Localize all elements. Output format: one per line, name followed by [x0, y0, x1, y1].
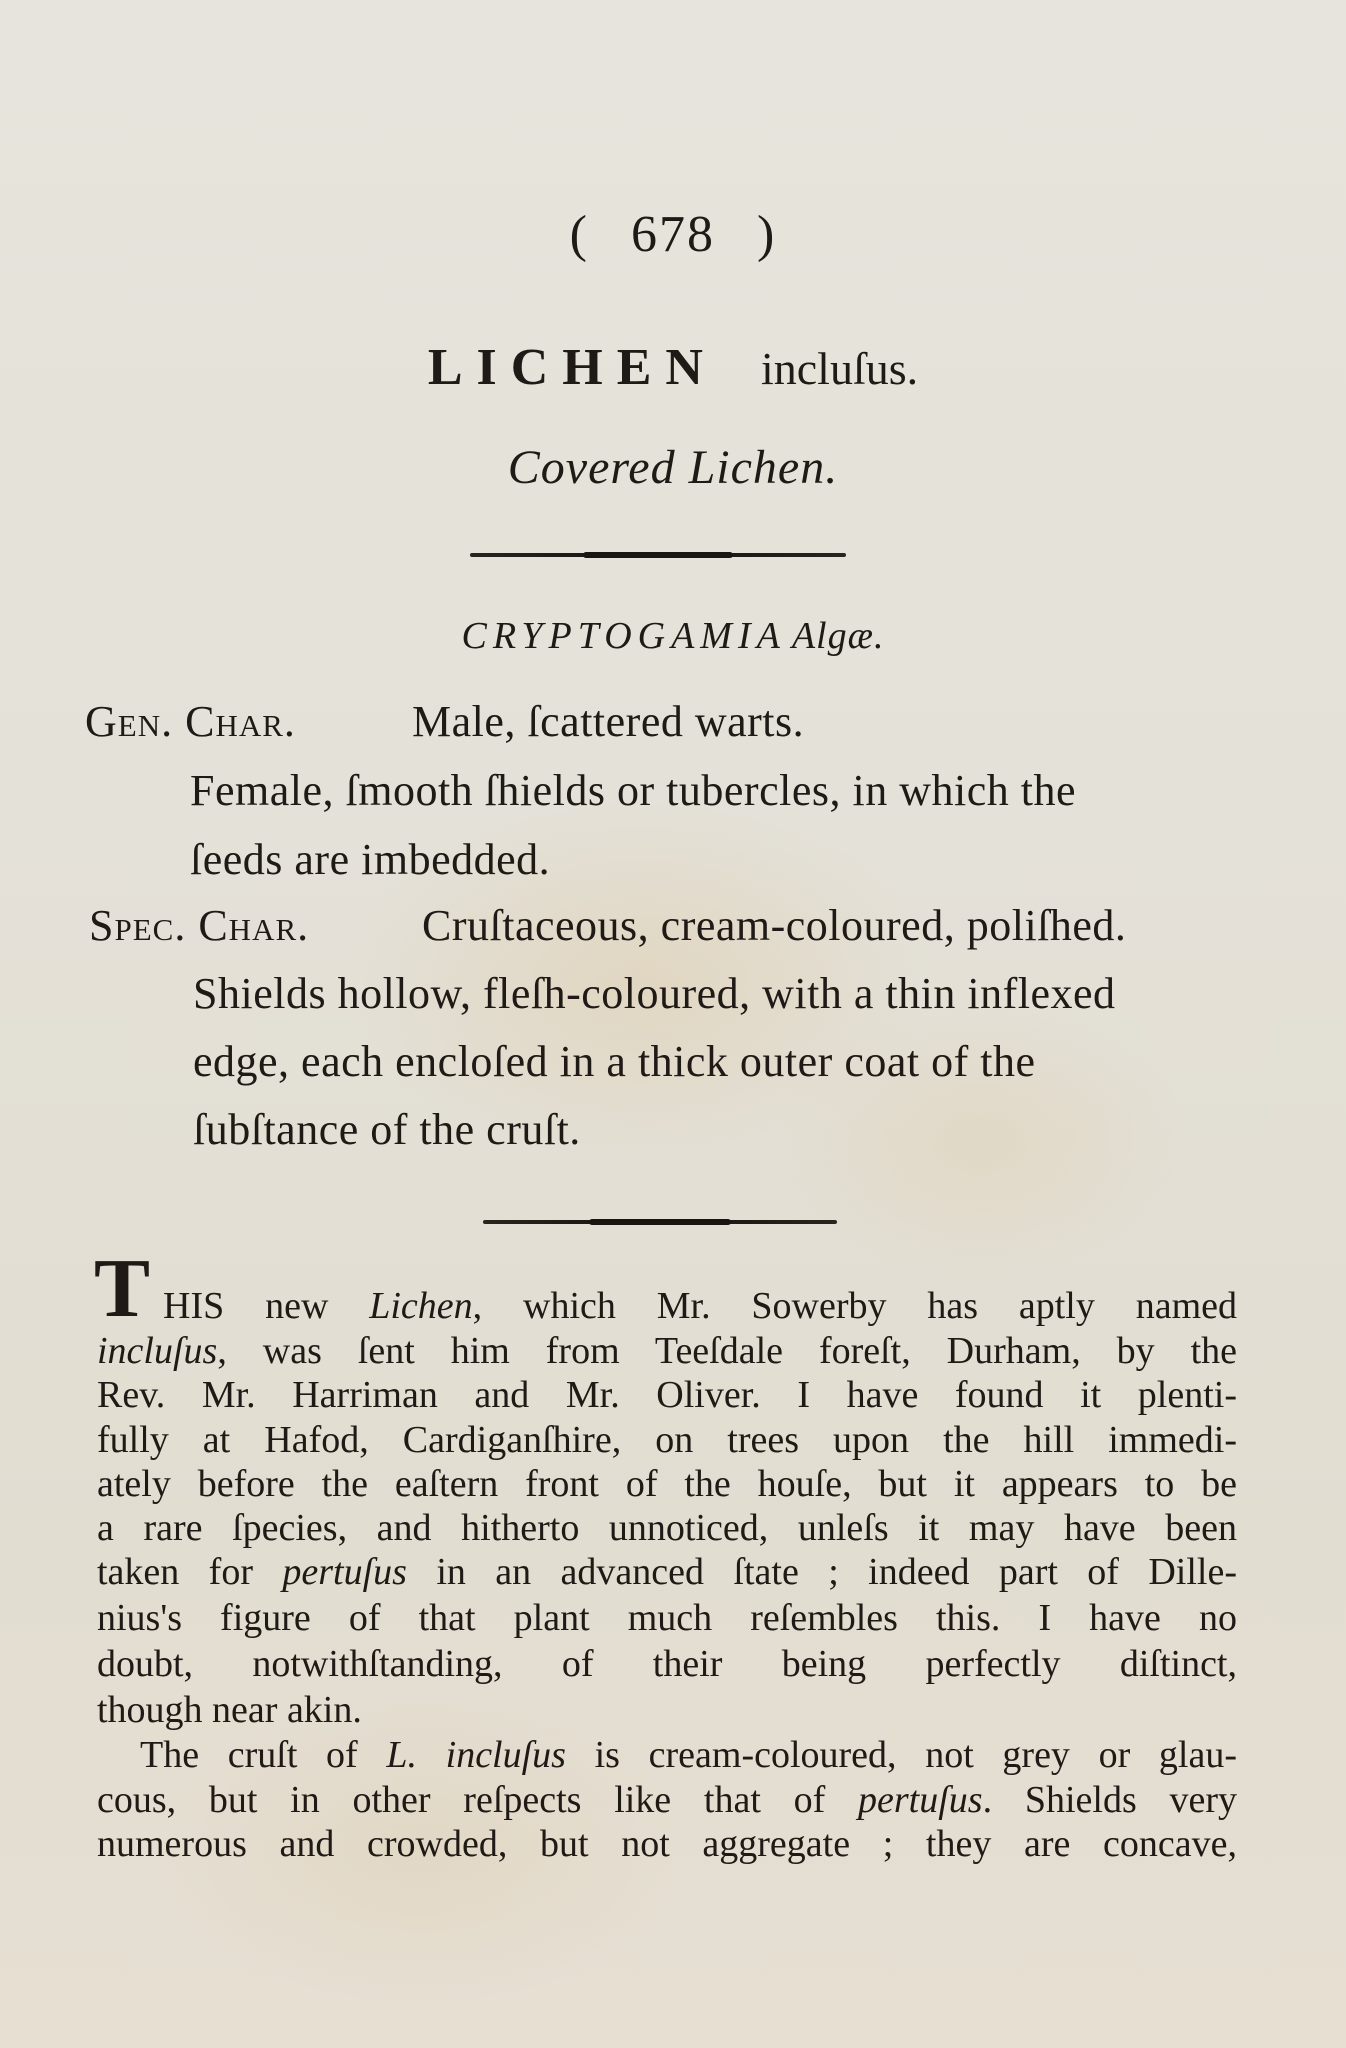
page-number-value: 678	[631, 206, 715, 263]
species-name: incluſus.	[761, 343, 918, 394]
specific-character-label: Spec. Char.	[89, 900, 309, 951]
body-line: The cruſt of L. incluſus is cream-colour…	[140, 1733, 1237, 1777]
text-run: cous, but in other reſpects like that of	[97, 1779, 858, 1821]
specific-character-line: Shields hollow, fleſh-coloured, with a t…	[193, 968, 1116, 1019]
ornamental-rule-middle	[483, 1220, 837, 1224]
specific-character-line: edge, each encloſed in a thick outer coa…	[193, 1036, 1036, 1087]
specific-character-line: Cruſtaceous, cream-coloured, poliſhed.	[422, 900, 1126, 951]
italic-run: pertuſus	[858, 1779, 983, 1821]
body-line: ately before the eaſtern front of the ho…	[97, 1462, 1237, 1506]
text-run: HIS new	[163, 1285, 369, 1327]
page-number: (678)	[0, 205, 1346, 264]
genus-name: LICHEN	[428, 339, 717, 396]
italic-run: Lichen	[369, 1285, 472, 1327]
classification: CRYPTOGAMIAAlgæ.	[0, 614, 1346, 658]
text-run: taken for	[97, 1551, 282, 1593]
book-page: (678) LICHENincluſus. Covered Lichen. CR…	[0, 0, 1346, 2048]
page-title: LICHENincluſus.	[0, 338, 1346, 397]
italic-run: pertuſus	[282, 1551, 407, 1593]
ornamental-rule-top	[470, 553, 846, 557]
body-line: fully at Hafod, Cardiganſhire, on trees …	[97, 1418, 1237, 1462]
text-run: The cruſt of	[140, 1734, 386, 1776]
body-line: though near akin.	[97, 1688, 1237, 1732]
body-line: taken for pertuſus in an advanced ſtate …	[97, 1550, 1237, 1594]
body-line: Rev. Mr. Harriman and Mr. Oliver. I have…	[97, 1373, 1237, 1417]
order-name: Algæ.	[792, 615, 885, 657]
body-line: cous, but in other reſpects like that of…	[97, 1778, 1237, 1822]
italic-run: L. incluſus	[386, 1734, 566, 1776]
body-line: HIS new Lichen, which Mr. Sowerby has ap…	[163, 1284, 1237, 1328]
drop-cap: T	[94, 1247, 150, 1331]
common-name: Covered Lichen.	[0, 440, 1346, 495]
body-line: numerous and crowded, but not aggregate …	[97, 1822, 1237, 1866]
close-paren: )	[757, 205, 776, 264]
generic-character-label: Gen. Char.	[85, 696, 296, 747]
text-run: , was ſent him from Teeſdale foreſt, Dur…	[217, 1330, 1237, 1372]
text-run: , which Mr. Sowerby has aptly named	[473, 1285, 1237, 1327]
generic-character-line: Female, ſmooth ſhields or tubercles, in …	[190, 765, 1076, 816]
specific-character-line: ſubſtance of the cruſt.	[193, 1104, 581, 1155]
text-run: in an advanced ſtate ; indeed part of Di…	[407, 1551, 1237, 1593]
italic-run: incluſus	[97, 1330, 217, 1372]
text-run: is cream-coloured, not grey or glau-	[566, 1734, 1237, 1776]
class-name: CRYPTOGAMIA	[462, 615, 786, 657]
open-paren: (	[570, 205, 589, 264]
body-line: a rare ſpecies, and hitherto unnoticed, …	[97, 1506, 1237, 1550]
text-run: . Shields very	[983, 1779, 1237, 1821]
generic-character-line: ſeeds are imbedded.	[190, 834, 550, 885]
body-line: incluſus, was ſent him from Teeſdale for…	[97, 1329, 1237, 1373]
body-line: nius's figure of that plant much reſembl…	[97, 1596, 1237, 1640]
generic-character-line: Male, ſcattered warts.	[412, 696, 804, 747]
body-line: doubt, notwithſtanding, of their being p…	[97, 1642, 1237, 1686]
